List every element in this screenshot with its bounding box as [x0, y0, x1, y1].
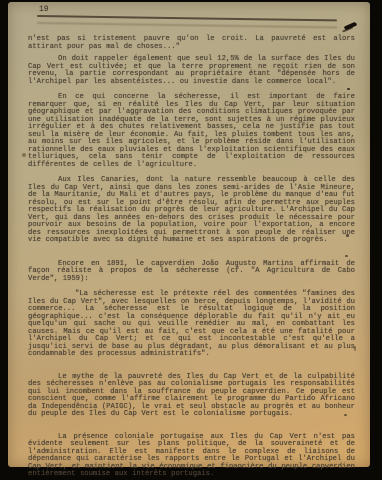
paragraph-quote: "La sécheresse est le prétexte réel des …	[28, 291, 355, 359]
page-number: 19	[39, 6, 49, 14]
scanned-page: 19 n'est pas si tristement pauvre qu'on …	[8, 2, 370, 467]
paragraph: Le mythe de la pauvreté des Iles du Cap …	[28, 374, 355, 419]
header-rule	[37, 15, 337, 21]
document-text: n'est pas si tristement pauvre qu'on le …	[28, 36, 355, 480]
paragraph: Aux Iles Canaries, dont la nature ressem…	[28, 177, 355, 245]
paragraph: On doit rappeler également que seul 12,5…	[28, 56, 355, 86]
paragraph: n'est pas si tristement pauvre qu'on le …	[28, 36, 355, 51]
paragraph: En ce qui concerne la sécheresse, il est…	[28, 94, 355, 169]
paragraph: Encore en 1891, le capverdien João Augus…	[28, 261, 355, 284]
paragraph: La présence coloniale portugaise aux Ile…	[28, 434, 355, 479]
header-rule-ghost	[37, 22, 337, 28]
scanned-document: { "doc": { "page_number": "19", "paragra…	[0, 0, 382, 480]
ink-speck	[22, 153, 26, 157]
ink-blot	[344, 22, 358, 31]
